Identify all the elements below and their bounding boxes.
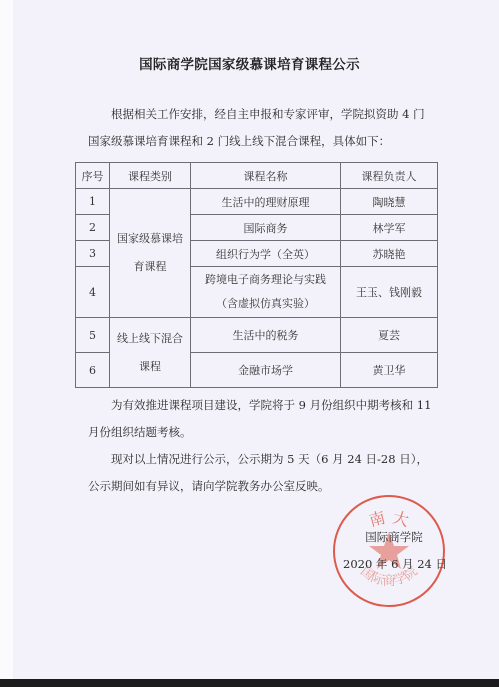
cell-course: 国际商务 [191, 215, 341, 241]
header-lead: 课程负责人 [341, 163, 438, 189]
document-title: 国际商学院国家级慕课培育课程公示 [0, 53, 499, 73]
cell-lead: 夏芸 [341, 318, 438, 353]
course-line: （含虚拟仿真实验） [191, 292, 340, 316]
cell-category-blended: 线上线下混合 课程 [110, 318, 191, 388]
cell-no: 6 [76, 353, 110, 388]
course-table: 序号 课程类别 课程名称 课程负责人 1 国家级慕课培 育课程 生活中的理财原理… [75, 162, 438, 388]
signature-date: 2020 年 6 月 24 日 [330, 556, 460, 572]
cell-category-mooc: 国家级慕课培 育课程 [110, 189, 191, 318]
cell-lead: 黄卫华 [341, 353, 438, 388]
cell-course: 生活中的税务 [191, 318, 341, 353]
assessment-text: 为有效推进课程项目建设，学院将于 9 月份组织中期考核和 11 月份组织结题考核… [88, 398, 431, 439]
category-line: 课程 [110, 353, 190, 381]
document-page: 国际商学院国家级慕课培育课程公示 根据相关工作安排，经自主申报和专家评审，学院拟… [0, 0, 499, 679]
cell-lead: 林学军 [341, 215, 438, 241]
cell-no: 1 [76, 189, 110, 215]
category-line: 育课程 [110, 253, 190, 281]
official-seal-icon: 南 大 国际商学院 [330, 492, 448, 610]
signature-organization: 国际商学院 [334, 529, 454, 545]
intro-paragraph: 根据相关工作安排，经自主申报和专家评审，学院拟资助 4 门国家级慕课培育课程和 … [88, 101, 436, 155]
table-row: 1 国家级慕课培 育课程 生活中的理财原理 陶晓慧 [76, 189, 438, 215]
scan-edge [0, 0, 13, 679]
cell-course: 跨境电子商务理论与实践 （含虚拟仿真实验） [191, 267, 341, 318]
intro-text: 根据相关工作安排，经自主申报和专家评审，学院拟资助 4 门国家级慕课培育课程和 … [88, 107, 425, 148]
notice-text: 现对以上情况进行公示，公示期为 5 天（6 月 24 日-28 日），公示期间如… [88, 452, 428, 493]
table-row: 5 线上线下混合 课程 生活中的税务 夏芸 [76, 318, 438, 353]
cell-lead: 陶晓慧 [341, 189, 438, 215]
header-no: 序号 [76, 163, 110, 189]
cell-lead: 苏晓艳 [341, 241, 438, 267]
cell-no: 2 [76, 215, 110, 241]
assessment-paragraph: 为有效推进课程项目建设，学院将于 9 月份组织中期考核和 11 月份组织结题考核… [88, 392, 436, 446]
table-header-row: 序号 课程类别 课程名称 课程负责人 [76, 163, 438, 189]
cell-lead: 王玉、钱刚毅 [341, 267, 438, 318]
cell-course: 生活中的理财原理 [191, 189, 341, 215]
cell-no: 4 [76, 267, 110, 318]
category-line: 线上线下混合 [110, 325, 190, 353]
header-category: 课程类别 [110, 163, 191, 189]
cell-course: 组织行为学（全英） [191, 241, 341, 267]
cell-course: 金融市场学 [191, 353, 341, 388]
cell-no: 5 [76, 318, 110, 353]
cell-no: 3 [76, 241, 110, 267]
header-course: 课程名称 [191, 163, 341, 189]
svg-text:南 大: 南 大 [367, 508, 411, 531]
category-line: 国家级慕课培 [110, 225, 190, 253]
scan-bottom-edge [0, 679, 499, 687]
course-line: 跨境电子商务理论与实践 [191, 268, 340, 292]
